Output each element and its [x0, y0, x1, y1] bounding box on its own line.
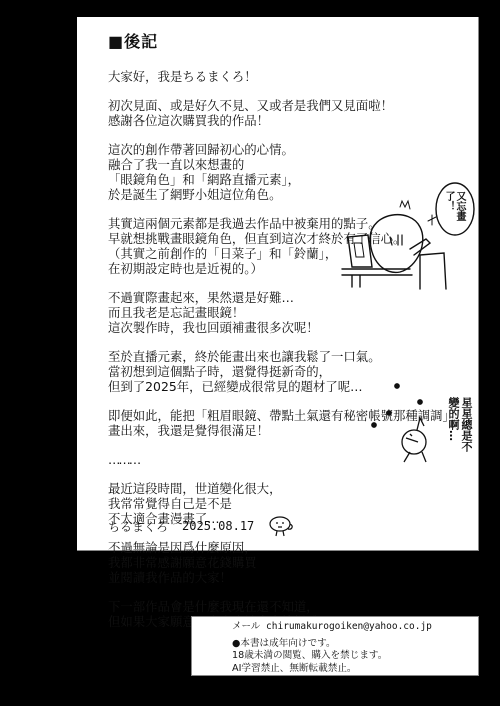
- paragraph-greeting: 大家好，我是ちるまくろ！: [108, 69, 478, 84]
- age-restriction-notice: 18歳未満の閲覧、購入を禁じます。: [232, 650, 387, 662]
- author-face-icon: [268, 515, 294, 537]
- author-name: ちるまくろ: [108, 518, 168, 535]
- paragraph-thanks: 初次見面、或是好久不見、又或者是我們又見面啦！ 感謝各位這次購買我的作品！: [108, 98, 478, 128]
- signature: ちるまくろ 2025.08.17: [108, 515, 294, 537]
- afterword-page: ■後記 大家好，我是ちるまくろ！ 初次見面、或是好久不見、又或者是我們又見面啦！…: [77, 17, 479, 551]
- stargazing-illustration: 星星總是不變的啊…: [362, 372, 487, 482]
- drawing-at-desk-illustration: 又忘畫了！: [340, 177, 480, 292]
- colophon-box: メール chirumakurogoiken@yahoo.co.jp ●本書は成年…: [191, 616, 479, 676]
- legal-notes: ●本書は成年向けです。 18歳未満の閲覧、購入を禁じます。 AI学習禁止、無断転…: [232, 638, 387, 675]
- stars-caption-text: 星星總是不變的啊…: [447, 397, 473, 455]
- ai-reprint-prohibition: AI学習禁止、無断転載禁止。: [232, 663, 387, 675]
- speech-bubble-text: 又忘畫了！: [443, 191, 465, 231]
- page-title: ■後記: [108, 29, 158, 52]
- signature-date: 2025.08.17: [182, 519, 254, 533]
- contact-email: メール chirumakurogoiken@yahoo.co.jp: [232, 621, 432, 633]
- paragraph-gratitude: 不過無論是因爲什麼原因， 我都非常感謝願意花錢購買 並閱讀我作品的大家！: [108, 540, 478, 585]
- adult-notice: ●本書は成年向けです。: [232, 638, 387, 650]
- paragraph-difficulty: 不過實際畫起來，果然還是好難… 而且我老是忘記畫眼鏡！ 這次製作時，我也回頭補畫…: [108, 290, 478, 335]
- afterword-body: 大家好，我是ちるまくろ！ 初次見面、或是好久不見、又或者是我們又見面啦！ 感謝各…: [108, 69, 478, 643]
